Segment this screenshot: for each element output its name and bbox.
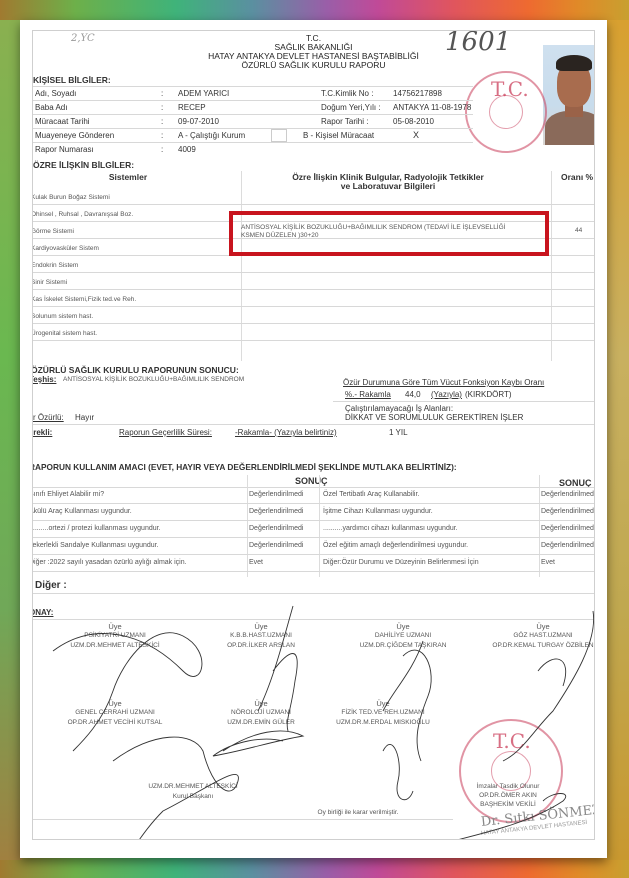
option-b-mark: X	[413, 130, 419, 140]
member-title: K.B.B.HAST.UZMANI	[201, 632, 321, 639]
field-label-report-date: Rapor Tarihi :	[321, 117, 368, 126]
validity-value: 1 YIL	[389, 428, 408, 437]
member-name: UZM.DR.M.ERDAL MISKIOĞLU	[323, 719, 443, 726]
usage-row-left-result: Değerlendirilmedi	[249, 508, 303, 515]
system-row: Ohinsel , Ruhsal , Davranışsal Boz.	[32, 211, 133, 218]
other-label: Diğer :	[35, 580, 67, 591]
member-name: OP.DR.KEMAL TURGAY ÖZBİLEN	[483, 642, 595, 649]
member-title: DAHİLİYE UZMANI	[343, 632, 463, 639]
usage-row-right-result: Değerlendirilmedi	[541, 491, 595, 498]
field-label-report-number: Rapor Numarası	[35, 145, 94, 154]
usage-row-left-result: Değerlendirilmedi	[249, 542, 303, 549]
member-role: Üye	[55, 622, 175, 631]
system-row: Sinir Sistemi	[32, 279, 67, 286]
member-title: FİZİK TED.VE REH.UZMANI	[323, 709, 443, 716]
report-form: 2,YC 1601 T.C. SAĞLIK BAKANLIĞI HATAY AN…	[32, 30, 595, 840]
loss-rate-title: Özür Durumuna Göre Tüm Vücut Fonksiyon K…	[343, 378, 544, 387]
usage-row-left: Sınıfı Ehliyet Alabilir mi?	[32, 491, 104, 498]
member-role: Üye	[55, 699, 175, 708]
field-value-name: ADEM YARICI	[178, 89, 229, 98]
system-row: Kulak Burun Boğaz Sistemi	[32, 194, 110, 201]
finding-rate: 44	[575, 227, 582, 234]
member-title: GÖZ HAST.UZMANI	[483, 632, 595, 639]
system-row: Endokrin Sistem	[32, 262, 78, 269]
unanimous-note: Oy birliği ile karar verilmiştir.	[283, 809, 433, 816]
finding-line-1: ANTİSOSYAL KİŞİLİK BOZUKLUĞU+BAĞIMLILIK …	[241, 224, 505, 231]
system-row: Solunum sistem hast.	[32, 313, 93, 320]
member-title: PSİKİYATRİ UZMANI	[55, 632, 175, 639]
field-value-report-date: 05-08-2010	[393, 117, 434, 126]
official-seal-top: T.C.	[465, 71, 547, 153]
col-findings-header-2: ve Laboratuvar Bilgileri	[233, 181, 543, 191]
severe-label: Ağır Özürlü:	[32, 413, 64, 422]
member-role: Üye	[343, 622, 463, 631]
usage-result-header-left: SONUÇ	[295, 476, 328, 486]
personal-section-title: KİŞİSEL BİLGİLER:	[33, 75, 111, 85]
usage-row-right: Diğer:Özür Durumu ve Düzeyinin Belirlenm…	[323, 559, 479, 566]
field-label-birth: Doğum Yeri,Yılı :	[321, 103, 381, 112]
validity-hint: -Rakamla- (Yazıyla belirtiniz)	[235, 428, 337, 437]
diagnosis-value: ANTİSOSYAL KİŞİLİK BOZUKLUĞU+BAĞIMLILIK …	[63, 376, 244, 383]
validity-label: Raporun Geçerlilik Süresi:	[119, 428, 212, 437]
usage-row-left-result: Evet	[249, 559, 263, 566]
checkbox-option-a	[271, 129, 287, 142]
written-label: (Yazıyla)	[431, 390, 462, 399]
background-right	[607, 20, 629, 860]
field-label-application-date: Müracaat Tarihi	[35, 117, 90, 126]
cannot-work-label: Çalıştırılamayacağı İş Alanları:	[345, 404, 453, 413]
approval-title: ONAY:	[32, 608, 53, 617]
usage-section-title: RAPORUN KULLANIM AMACI (EVET, HAYIR VEYA…	[32, 462, 457, 472]
field-value-application-date: 09-07-2010	[178, 117, 219, 126]
disability-section-title: ÖZRE İLİŞKİN BİLGİLER:	[33, 160, 134, 170]
certify-line-3: BAŞHEKİM VEKİLİ	[453, 801, 563, 808]
member-name: UZM.DR.MEHMET ALTESKİCİ	[55, 642, 175, 649]
member-name: UZM.DR.ÇİĞDEM TAŞKIRAN	[343, 642, 463, 649]
usage-row-left: Akülü Araç Kullanması uygundur.	[32, 508, 132, 515]
severe-value: Hayır	[75, 413, 94, 422]
applicant-photo	[543, 45, 595, 145]
usage-row-left: ..........ortezi / protezi kullanması uy…	[32, 525, 161, 532]
usage-row-right: Özel eğitim amaçlı değerlendirilmesi uyg…	[323, 542, 468, 549]
member-role: Üye	[483, 622, 595, 631]
certify-line-1: İmzalar Tasdik Olunur	[453, 783, 563, 790]
system-row: Ürogenital sistem hast.	[32, 330, 97, 337]
field-value-birth: ANTAKYA 11-08-1978	[393, 103, 471, 112]
member-role: Üye	[323, 699, 443, 708]
usage-row-right-result: Değerlendirilmedi	[541, 525, 595, 532]
usage-row-right-result: Değerlendirilmedi	[541, 542, 595, 549]
member-title: NÖROLOJİ UZMANI	[201, 709, 321, 716]
usage-row-left-result: Değerlendirilmedi	[249, 525, 303, 532]
field-label-father: Baba Adı	[35, 103, 67, 112]
finding-line-2: KSMEN DÜZELEN )30+20	[241, 232, 319, 239]
usage-row-left: Diğer :2022 sayılı yasadan özürlü aylığı…	[32, 559, 187, 566]
usage-row-left: Tekerlekli Sandalye Kullanması uygundur.	[32, 542, 159, 549]
system-row: Görme Sistemi	[32, 228, 74, 235]
document-page: 2,YC 1601 T.C. SAĞLIK BAKANLIĞI HATAY AN…	[20, 20, 607, 858]
member-name: OP.DR.AHMET VECİHİ KUTSAL	[55, 719, 175, 726]
numeric-value: 44,0	[405, 390, 421, 399]
system-row: Kardiyovasküler Sistem	[32, 245, 99, 252]
col-systems-header: Sistemler	[33, 172, 223, 182]
member-name: OP.DR.İLKER ARSLAN	[201, 642, 321, 649]
field-label-name: Adı, Soyadı	[35, 89, 76, 98]
chair-name: UZM.DR.MEHMET ALTESKİCİ	[133, 783, 253, 790]
member-title: GENEL CERRAHİ UZMANI	[55, 709, 175, 716]
header-report-title: ÖZÜRLÜ SAĞLIK KURULU RAPORU	[33, 61, 594, 71]
certify-line-2: OP.DR.ÖMER AKIN	[453, 792, 563, 799]
system-row: Kas İskelet Sistemi,Fizik ted.ve Reh.	[32, 296, 136, 303]
member-name: UZM.DR.EMİN GÜLER	[201, 719, 321, 726]
usage-row-right: Özel Tertibatlı Araç Kullanabilir.	[323, 491, 419, 498]
chair-title: Kurul Başkanı	[133, 793, 253, 800]
usage-row-right: ..........yardımcı cihazı kullanması uyg…	[323, 525, 458, 532]
member-role: Üye	[201, 622, 321, 631]
field-value-referred-by: A - Çalıştığı Kurum	[178, 131, 245, 140]
usage-row-right-result: Evet	[541, 559, 555, 566]
numeric-label: %.- Rakamla	[345, 390, 391, 399]
usage-row-right: İşitme Cihazı Kullanması uygundur.	[323, 508, 433, 515]
member-role: Üye	[201, 699, 321, 708]
background-left	[0, 20, 22, 860]
field-value-father: RECEP	[178, 103, 206, 112]
field-label-tc-id: T.C.Kimlik No :	[321, 89, 373, 98]
written-value: (KIRKDÖRT)	[465, 390, 512, 399]
field-label-referred-by: Muayeneye Gönderen	[35, 131, 114, 140]
col-rate-header: Oranı %	[561, 172, 593, 182]
permanent-label: Sürekli:	[32, 428, 52, 437]
usage-row-left-result: Değerlendirilmedi	[249, 491, 303, 498]
cannot-work-value: DİKKAT VE SORUMLULUK GEREKTİREN İŞLER	[345, 413, 523, 422]
field-value-report-number: 4009	[178, 145, 196, 154]
diagnosis-label: Teşhis:	[32, 375, 56, 384]
field-value-tc-id: 14756217898	[393, 89, 442, 98]
usage-row-right-result: Değerlendirilmedi	[541, 508, 595, 515]
result-section-title: ÖZÜRLÜ SAĞLIK KURULU RAPORUNUN SONUCU:	[32, 365, 239, 375]
option-b-label: B - Kişisel Müracaat	[303, 131, 374, 140]
